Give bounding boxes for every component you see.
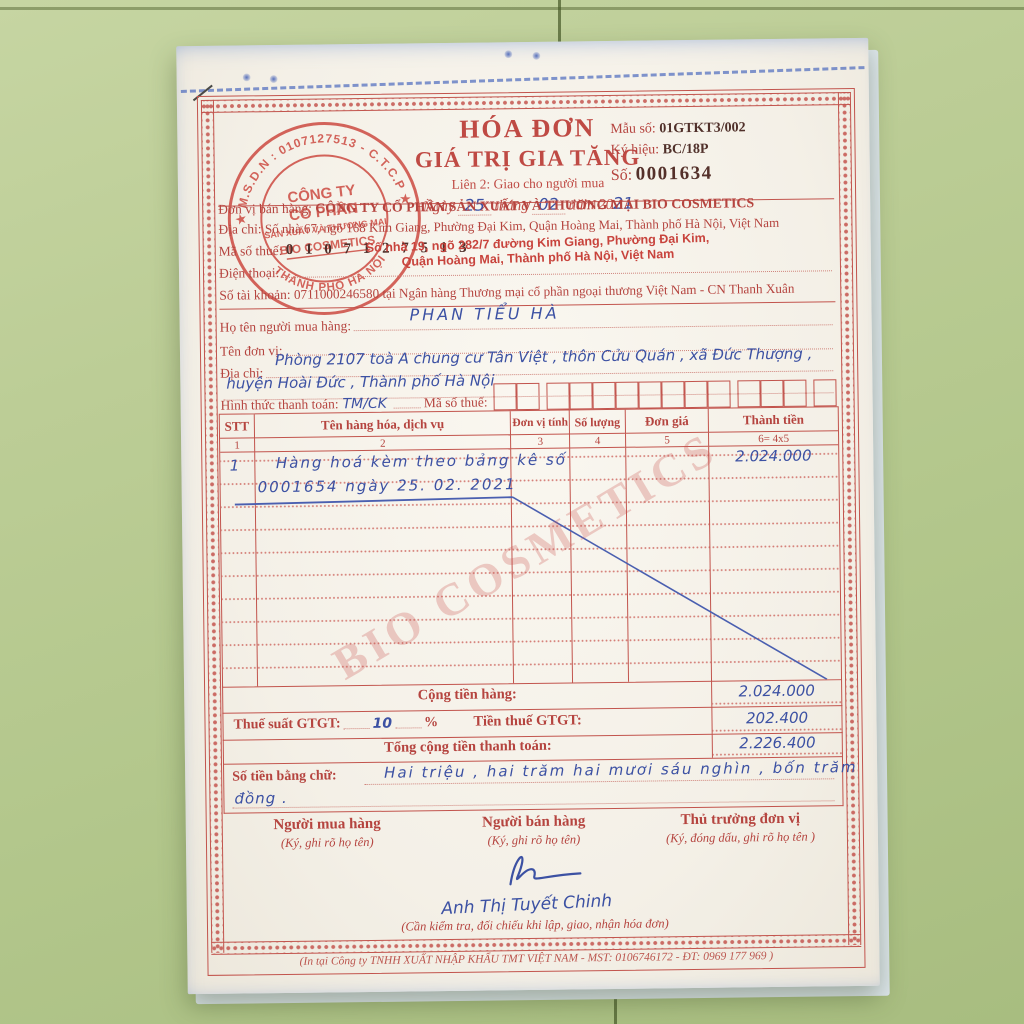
col-number: 4 xyxy=(569,434,625,449)
grand-total-label: Tổng cộng tiền thanh toán: xyxy=(224,736,712,759)
payment-method-handwritten: TM/CK xyxy=(342,396,387,413)
seller-address-label: Địa chỉ: xyxy=(218,221,261,238)
item-row-number: 1 xyxy=(230,457,240,475)
col-header-stt: STT xyxy=(220,414,254,438)
seller-phone-label: Điện thoại: xyxy=(219,265,280,282)
staple-mark xyxy=(270,75,278,83)
amount-in-words-label: Số tiền bằng chữ: xyxy=(232,768,337,785)
taxcode-box-group xyxy=(546,381,730,410)
seller-account-label: Số tài khoản: xyxy=(219,287,290,304)
invoice-number: 0001634 xyxy=(636,163,713,185)
item-name-line1: Hàng hoá kèm theo bảng kê số xyxy=(276,451,567,473)
form-value: 01GTKT3/002 xyxy=(659,120,746,136)
tile-grout-line xyxy=(558,0,561,46)
taxrate-label: Thuế suất GTGT: xyxy=(233,716,340,733)
serial-value: BC/18P xyxy=(663,142,709,158)
column-line xyxy=(569,448,573,682)
item-amount-handwritten: 2.024.000 xyxy=(715,446,833,465)
amount-in-words-box: Số tiền bằng chữ: Hai triệu , hai trăm h… xyxy=(223,756,844,814)
serial-label: Ký hiệu: xyxy=(610,142,659,158)
col-header-ten-hang: Tên hàng hóa, dịch vụ xyxy=(254,411,511,438)
col-header-thanh-tien: Thành tiền xyxy=(708,407,838,433)
signature-flourish xyxy=(496,847,587,890)
buyer-signature-column: Người mua hàng (Ký, ghi rõ họ tên) xyxy=(224,815,431,852)
buyer-taxcode-label: Mã số thuế: xyxy=(424,394,488,411)
col-header-don-vi-tinh: Đơn vị tính xyxy=(510,410,569,435)
director-signature-title: Thủ trưởng đơn vị xyxy=(637,810,844,830)
buyer-name-handwritten: PHAN TIỂU HÀ xyxy=(409,304,559,325)
tax-label: Tiền thuế GTGT: xyxy=(343,711,711,732)
staple-mark xyxy=(243,73,251,81)
col-number: 3 xyxy=(510,434,569,449)
tile-grout-line xyxy=(0,7,1024,10)
taxcode-box-group xyxy=(493,383,539,411)
seller-signature-title: Người bán hàng xyxy=(430,813,637,833)
column-line xyxy=(708,447,712,681)
photo-background: ★ M.S.D.N : 0107127513 - C.T.C.P ★ THÀNH… xyxy=(0,0,1024,1024)
tax-value-handwritten: 202.400 xyxy=(713,708,842,728)
item-name-line2: 0001654 ngày 25. 02. 2021 xyxy=(258,475,517,496)
seller-taxcode-label: Mã số thuế: xyxy=(219,243,283,260)
subtotal-value-cell: 2.024.000 xyxy=(711,678,841,707)
buyer-name-label: Họ tên người mua hàng: xyxy=(220,318,352,336)
grand-total-value-cell: 2.226.400 xyxy=(712,732,842,758)
director-signature-subtitle: (Ký, đóng dấu, ghi rõ họ tên ) xyxy=(637,829,844,847)
director-signature-column: Thủ trưởng đơn vị (Ký, đóng dấu, ghi rõ … xyxy=(637,810,844,847)
taxcode-box-group xyxy=(737,380,806,408)
taxcode-box-group xyxy=(813,379,836,406)
seller-signature-column: Người bán hàng (Ký, ghi rõ họ tên) xyxy=(430,813,637,850)
invoice-meta-block: Mẫu số: 01GTKT3/002 Ký hiệu: BC/18P Số: … xyxy=(610,116,826,187)
col-number: 1 xyxy=(220,438,254,452)
subtotal-value-handwritten: 2.024.000 xyxy=(712,681,841,701)
grand-total-value-handwritten: 2.226.400 xyxy=(713,733,842,753)
buyer-unit-label: Tên đơn vị: xyxy=(220,343,283,360)
staple-mark xyxy=(532,52,540,60)
seller-unit-label: Đơn vị bán hàng: xyxy=(218,201,312,218)
tax-value-cell: 202.400 xyxy=(712,705,842,734)
dotted-leader xyxy=(233,800,835,808)
buyer-signature-title: Người mua hàng xyxy=(224,815,431,835)
taxcode-boxes xyxy=(493,379,836,410)
subtotal-label: Cộng tiền hàng: xyxy=(223,684,711,707)
staple-mark xyxy=(504,50,512,58)
dotted-leader xyxy=(394,406,421,408)
amount-in-words-line2: đồng . xyxy=(234,789,287,808)
seller-signature-block: Anh Thị Tuyết Chinh xyxy=(426,847,627,916)
invoice-sheet: ★ M.S.D.N : 0107127513 - C.T.C.P ★ THÀNH… xyxy=(176,38,880,994)
number-label: Số: xyxy=(611,167,633,184)
form-label: Mẫu số: xyxy=(610,121,656,137)
col-header-so-luong: Số lượng xyxy=(569,410,625,435)
buyer-signature-subtitle: (Ký, ghi rõ họ tên) xyxy=(224,834,431,852)
payment-method-label: Hình thức thanh toán: xyxy=(221,396,339,413)
